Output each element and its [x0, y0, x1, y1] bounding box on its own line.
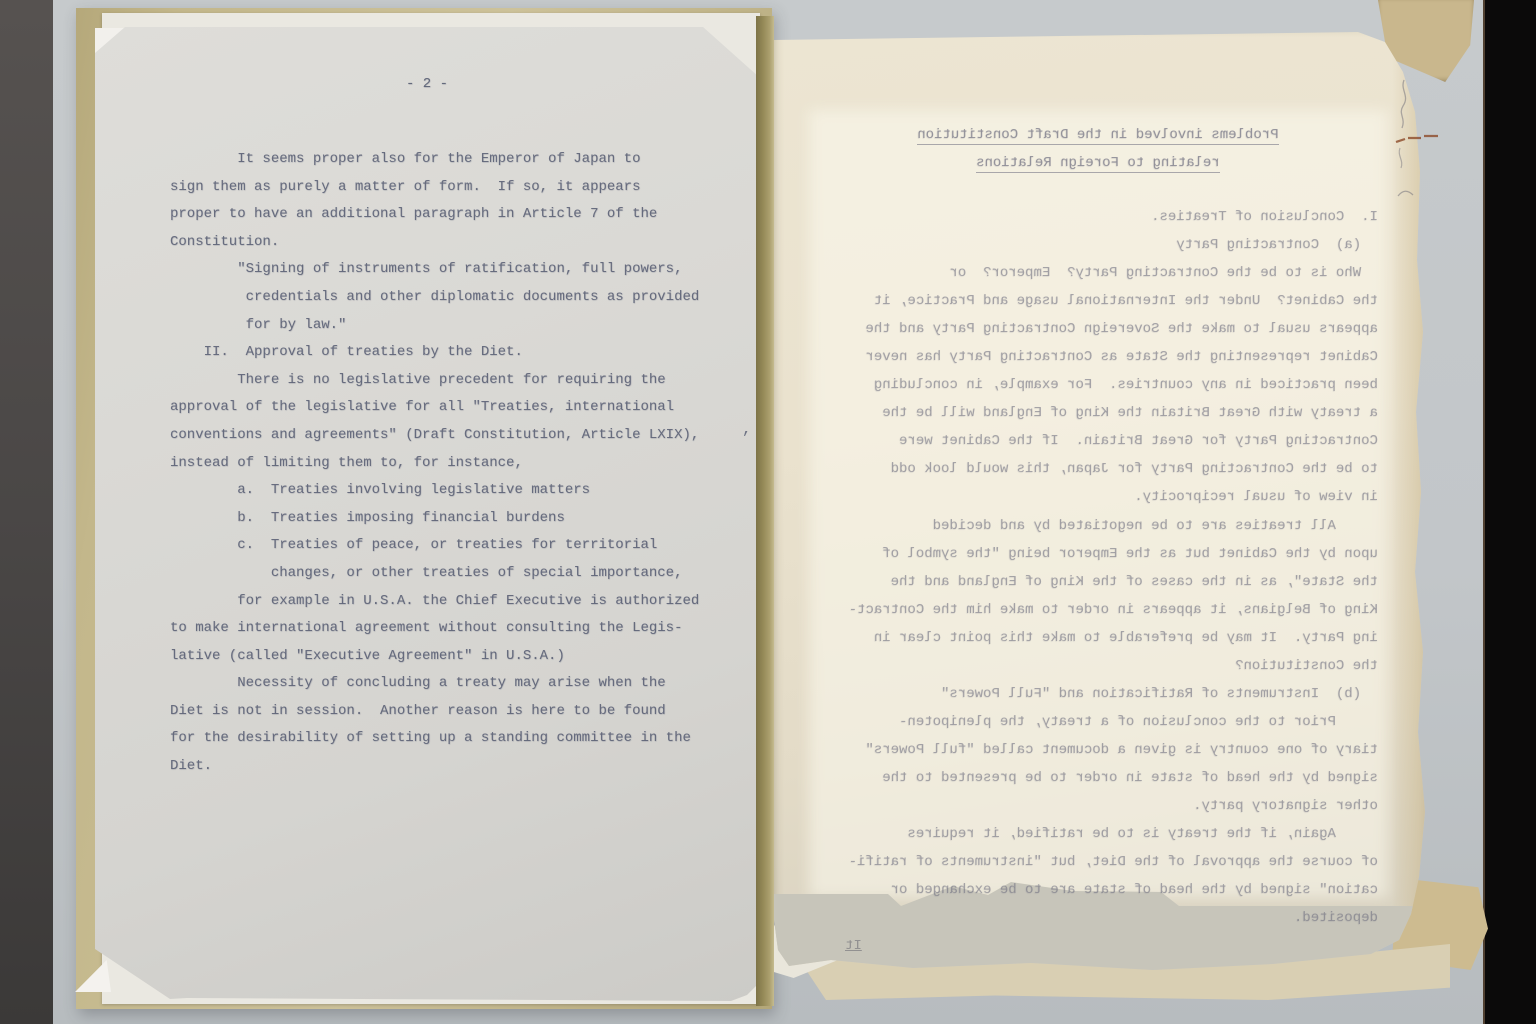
text-line: proper to have an additional paragraph i…: [170, 201, 699, 229]
text-line: All treaties are to be negotiated by and…: [818, 512, 1378, 540]
text-line: of course the approval of the Diet, but …: [818, 848, 1378, 876]
photo-canvas: - 2 - It seems proper also for the Emper…: [0, 0, 1536, 1024]
photo-right-edge-strip: [1483, 0, 1536, 1024]
pencil-squiggle: [1401, 80, 1405, 128]
text-line: credentials and other diplomatic documen…: [170, 284, 699, 312]
margin-pencil-marks: [1390, 74, 1444, 224]
text-line: the Constitution?: [818, 652, 1378, 680]
title-line: Problems involved in the Draft Constitut…: [818, 121, 1378, 149]
pencil-tilde: [1398, 191, 1413, 196]
text-line: Who is to be the Contracting Party? Empe…: [818, 259, 1378, 287]
text-line: b. Treaties imposing financial burdens: [170, 505, 699, 533]
text-line: been practiced in any countries. For exa…: [818, 371, 1378, 399]
text-line: in view of usual reciprocity.: [818, 483, 1378, 511]
text-line: conventions and agreements" (Draft Const…: [170, 422, 699, 450]
text-line: It seems proper also for the Emperor of …: [170, 146, 699, 174]
text-line: Cabinet representing the State as Contra…: [818, 343, 1378, 371]
right-page-footer-mark: It: [845, 933, 862, 959]
text-line: to make international agreement without …: [170, 615, 699, 643]
right-page-text-mirrored: I. Conclusion of Treaties. (a) Contracti…: [818, 203, 1378, 932]
text-line: lative (called "Executive Agreement" in …: [170, 643, 699, 671]
text-line: deposited.: [818, 904, 1378, 932]
text-line: cation" signed by the head of state are …: [818, 876, 1378, 904]
text-line: Constitution.: [170, 229, 699, 257]
text-line: (b) Instruments of Ratification and "Ful…: [818, 680, 1378, 708]
text-line: ing Party. It may be preferable to make …: [818, 624, 1378, 652]
text-line: (a) Contracting Party: [818, 231, 1378, 259]
text-line: instead of limiting them to, for instanc…: [170, 450, 699, 478]
text-line: for the desirability of setting up a sta…: [170, 725, 699, 753]
text-line: Again, if the treaty is to be ratified, …: [818, 820, 1378, 848]
rust-dash-mark: [1396, 136, 1438, 142]
text-line: signed by the head of state in order to …: [818, 764, 1378, 792]
text-line: a. Treaties involving legislative matter…: [170, 477, 699, 505]
text-line: tiary of one country is given a document…: [818, 736, 1378, 764]
text-line: upon by the Cabinet but as the Emperor b…: [818, 540, 1378, 568]
text-line: for by law.": [170, 312, 699, 340]
text-line: appears usual to make the Sovereign Cont…: [818, 315, 1378, 343]
title-line-2: relating to Foreign Relations: [976, 155, 1220, 173]
text-line: Diet is not in session. Another reason i…: [170, 698, 699, 726]
left-page-number: - 2 -: [95, 70, 759, 98]
text-line: II. Approval of treaties by the Diet.: [170, 339, 699, 367]
text-line: Diet.: [170, 753, 699, 781]
text-line: a treaty with Great Britain the King of …: [818, 399, 1378, 427]
text-line: I. Conclusion of Treaties.: [818, 203, 1378, 231]
left-page-stray-mark: ,: [742, 420, 752, 438]
text-line: the State", as in the cases of the King …: [818, 568, 1378, 596]
text-line: Prior to the conclusion of a treaty, the…: [818, 708, 1378, 736]
text-line: "Signing of instruments of ratification,…: [170, 256, 699, 284]
text-line: Contracting Party for Great Britain. If …: [818, 427, 1378, 455]
text-line: sign them as purely a matter of form. If…: [170, 174, 699, 202]
text-line: changes, or other treaties of special im…: [170, 560, 699, 588]
text-line: Necessity of concluding a treaty may ari…: [170, 670, 699, 698]
left-page-text: It seems proper also for the Emperor of …: [170, 146, 699, 781]
folder-gutter-crease: [756, 16, 774, 1006]
title-line-1: Problems involved in the Draft Constitut…: [917, 127, 1278, 145]
right-page-title-mirrored: Problems involved in the Draft Constitut…: [818, 121, 1378, 177]
photo-left-edge-strip: [0, 0, 53, 1024]
text-line: There is no legislative precedent for re…: [170, 367, 699, 395]
text-line: to be the Contracting Party for Japan, t…: [818, 455, 1378, 483]
title-line: relating to Foreign Relations: [818, 149, 1378, 177]
pencil-squiggle-2: [1399, 148, 1402, 168]
text-line: c. Treaties of peace, or treaties for te…: [170, 532, 699, 560]
text-line: for example in U.S.A. the Chief Executiv…: [170, 588, 699, 616]
text-line: other signatory party.: [818, 792, 1378, 820]
text-line: approval of the legislative for all "Tre…: [170, 394, 699, 422]
text-line: the Cabinet? Under the International usa…: [818, 287, 1378, 315]
text-line: King of Belgians, it appears in order to…: [818, 596, 1378, 624]
